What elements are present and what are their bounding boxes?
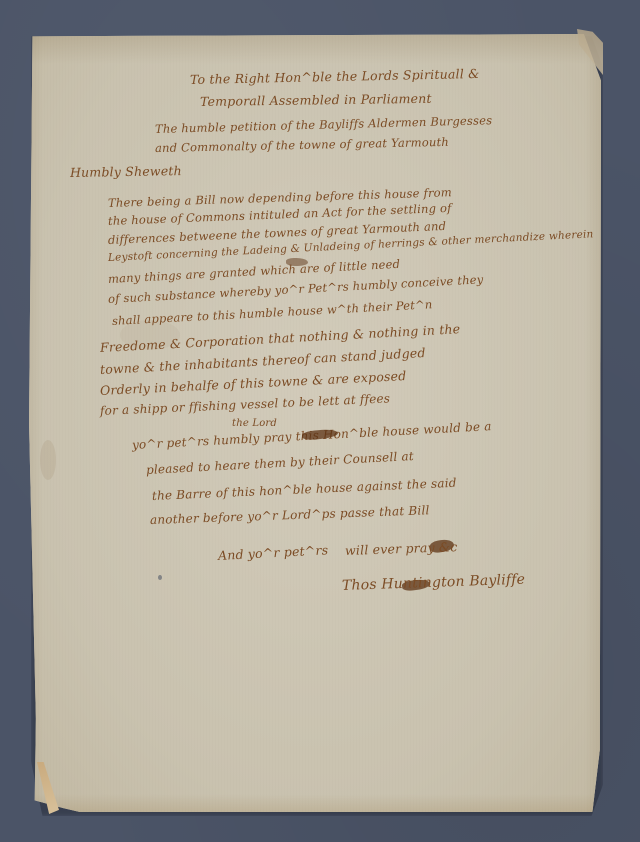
salutation: Humbly Sheweth: [70, 163, 182, 180]
paper-stain: [158, 575, 162, 580]
ink-blot: [286, 258, 308, 266]
prayer-insert: the Lord: [232, 418, 277, 429]
paper-stain: [40, 440, 56, 480]
